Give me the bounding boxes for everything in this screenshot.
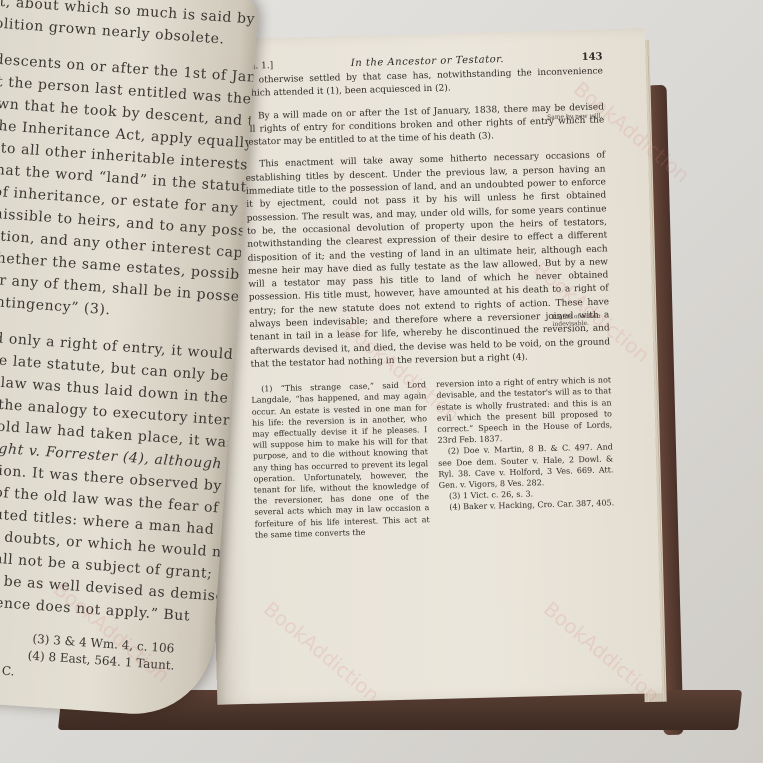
page-number: 143 xyxy=(582,51,603,63)
footnote: reversion into a right of entry which is… xyxy=(436,375,613,447)
right-page-content: Ch. 1.] In the Ancestor or Testator. 143… xyxy=(243,51,615,540)
footnote: (1) “This strange case,” said Lord Langd… xyxy=(251,379,430,540)
margin-note: Rights of action indevisable. xyxy=(552,312,612,328)
paragraph: This enactment will take away some hithe… xyxy=(245,150,610,372)
footnote: (2) Doe v. Martin, 8 B. & C. 497. And se… xyxy=(438,442,614,491)
footnote-column-left: (1) “This strange case,” said Lord Langd… xyxy=(251,379,430,540)
footnote-column-right: reversion into a right of entry which is… xyxy=(436,375,615,536)
footnotes: (1) “This strange case,” said Lord Langd… xyxy=(251,375,615,541)
running-head: In the Ancestor or Testator. xyxy=(351,54,504,69)
right-page: Ch. 1.] In the Ancestor or Testator. 143… xyxy=(200,28,662,704)
